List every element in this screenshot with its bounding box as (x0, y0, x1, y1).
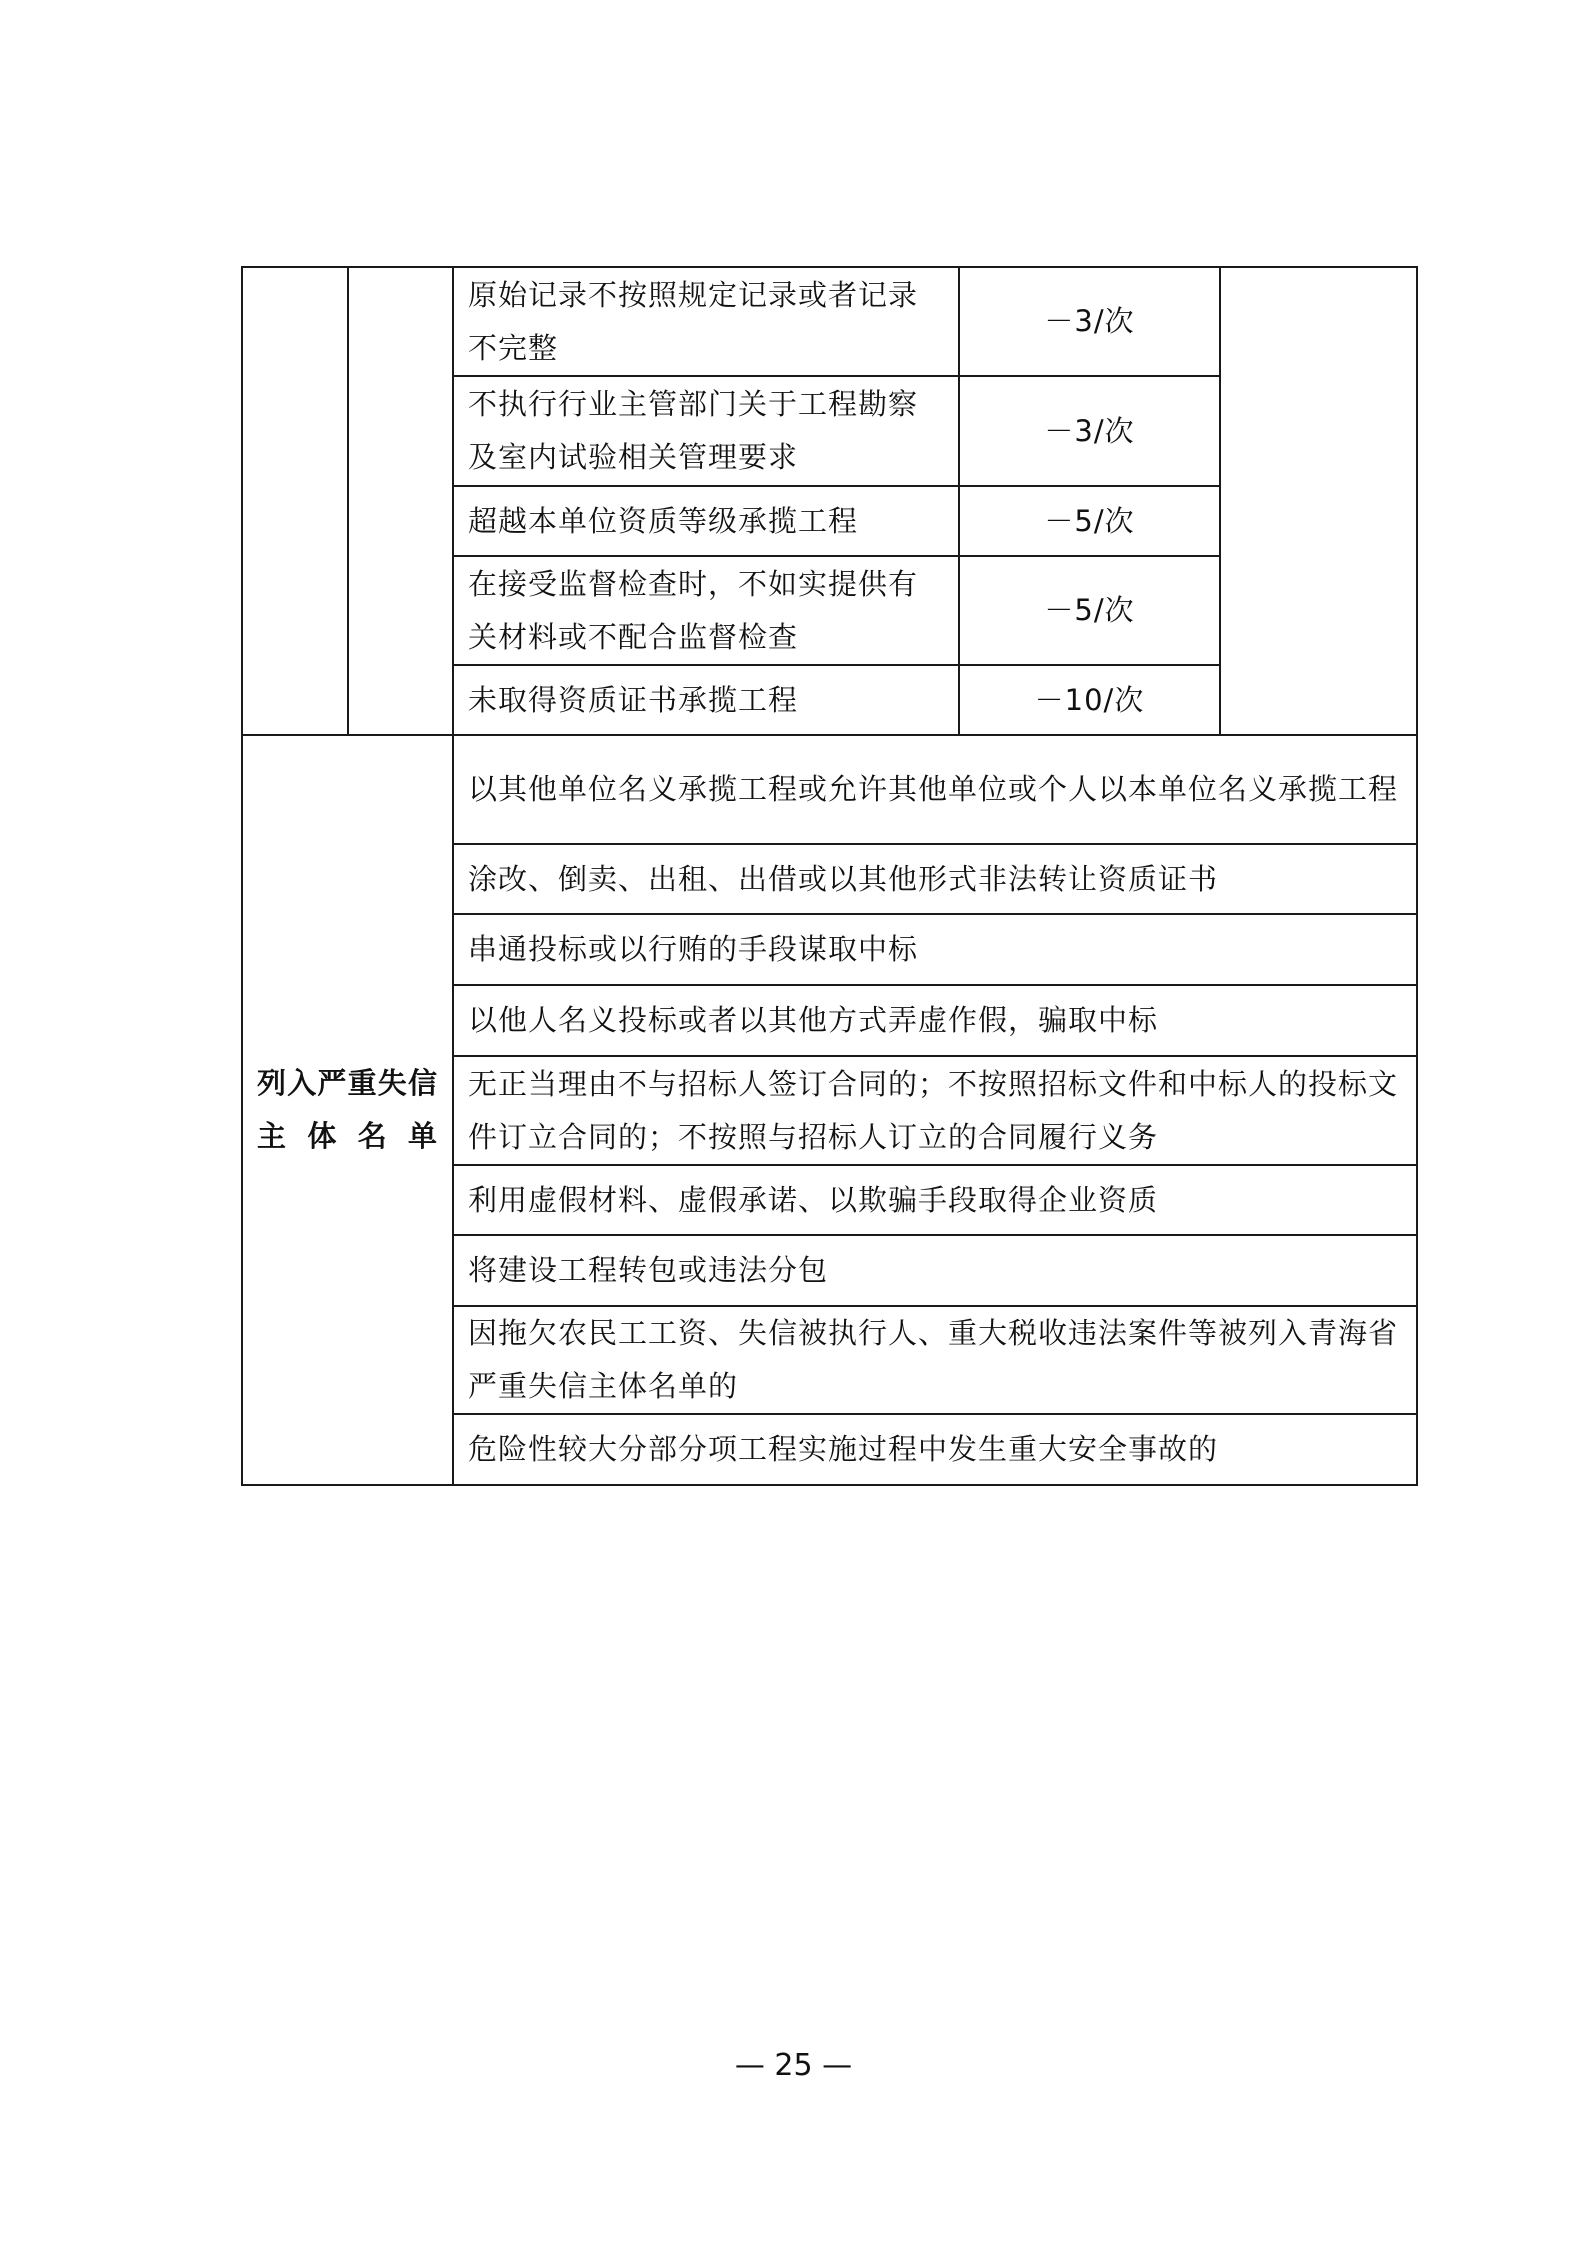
violation-description: 在接受监督检查时，不如实提供有关材料或不配合监督检查 (453, 556, 959, 665)
dishonesty-item: 将建设工程转包或违法分包 (453, 1235, 1417, 1306)
subcategory-cell (348, 267, 453, 735)
violation-description: 原始记录不按照规定记录或者记录不完整 (453, 267, 959, 376)
dishonesty-item: 以他人名义投标或者以其他方式弄虚作假，骗取中标 (453, 985, 1417, 1056)
page-number: — 25 — (0, 2048, 1587, 2083)
deduction-score: －5/次 (959, 556, 1220, 665)
violation-description: 未取得资质证书承揽工程 (453, 665, 959, 735)
violation-description: 不执行行业主管部门关于工程勘察及室内试验相关管理要求 (453, 376, 959, 486)
remarks-cell (1220, 267, 1417, 735)
deduction-score: －10/次 (959, 665, 1220, 735)
dishonesty-item: 涂改、倒卖、出租、出借或以其他形式非法转让资质证书 (453, 844, 1417, 914)
violation-description: 超越本单位资质等级承揽工程 (453, 486, 959, 556)
deduction-score: －5/次 (959, 486, 1220, 556)
dishonesty-item: 因拖欠农民工工资、失信被执行人、重大税收违法案件等被列入青海省严重失信主体名单的 (453, 1306, 1417, 1414)
credit-evaluation-table: 原始记录不按照规定记录或者记录不完整 －3/次 不执行行业主管部门关于工程勘察及… (241, 266, 1418, 1486)
deduction-score: －3/次 (959, 267, 1220, 376)
dishonesty-item: 利用虚假材料、虚假承诺、以欺骗手段取得企业资质 (453, 1165, 1417, 1235)
dishonesty-item: 以其他单位名义承揽工程或允许其他单位或个人以本单位名义承揽工程 (453, 735, 1417, 844)
table-row: 原始记录不按照规定记录或者记录不完整 －3/次 (242, 267, 1417, 376)
dishonesty-item: 无正当理由不与招标人签订合同的；不按照招标文件和中标人的投标文件订立合同的；不按… (453, 1056, 1417, 1165)
dishonesty-item: 危险性较大分部分项工程实施过程中发生重大安全事故的 (453, 1414, 1417, 1485)
category-cell (242, 267, 348, 735)
document-page: 原始记录不按照规定记录或者记录不完整 －3/次 不执行行业主管部门关于工程勘察及… (0, 0, 1587, 2245)
serious-dishonesty-list-label: 列入严重失信主体名单 (242, 735, 453, 1485)
deduction-score: －3/次 (959, 376, 1220, 486)
table-row: 列入严重失信主体名单 以其他单位名义承揽工程或允许其他单位或个人以本单位名义承揽… (242, 735, 1417, 844)
dishonesty-item: 串通投标或以行贿的手段谋取中标 (453, 914, 1417, 985)
